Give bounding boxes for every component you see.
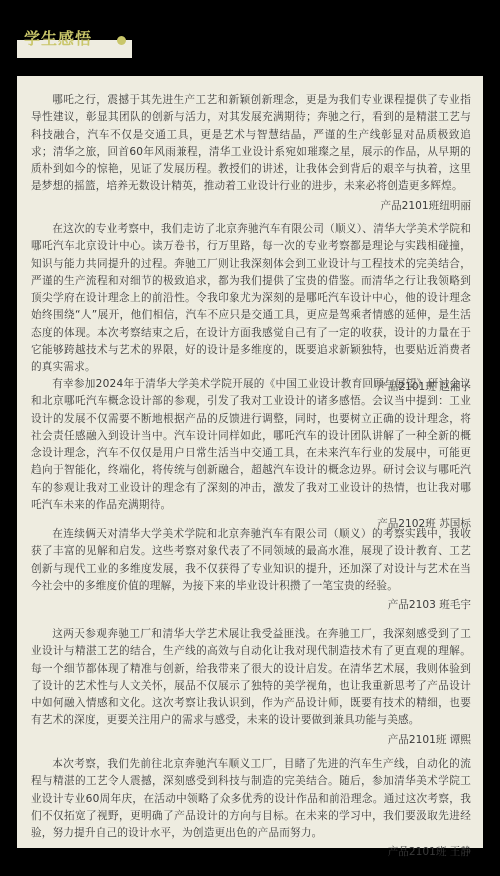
reflection-author: 产品2101班 王静 [31,844,471,860]
reflection-6: 本次考察，我们先前往北京奔驰汽车顺义工厂，目睹了先进的汽车生产线，自动化的流程与… [31,756,471,860]
reflection-5: 这两天参观奔驰工厂和清华大学艺术展让我受益匪浅。在奔驰工厂，我深刻感受到了工业设… [31,626,471,748]
reflection-text: 在这次的专业考察中，我们走访了北京奔驰汽车有限公司（顺义）、清华大学美术学院和哪… [31,221,471,377]
reflection-text: 本次考察，我们先前往北京奔驰汽车顺义工厂，目睹了先进的汽车生产线，自动化的流程与… [31,756,471,842]
dot-icon [117,36,126,45]
reflection-text: 这两天参观奔驰工厂和清华大学艺术展让我受益匪浅。在奔驰工厂，我深刻感受到了工业设… [31,626,471,730]
reflection-author: 产品2101班 谭熙 [31,732,471,748]
reflection-2: 在这次的专业考察中，我们走访了北京奔驰汽车有限公司（顺义）、清华大学美术学院和哪… [31,221,471,395]
reflections-card: 哪吒之行，震撼于其先进生产工艺和新颖创新理念，更是为我们专业课程提供了专业指导性… [17,76,483,848]
reflection-1: 哪吒之行，震撼于其先进生产工艺和新颖创新理念，更是为我们专业课程提供了专业指导性… [31,92,471,214]
reflection-author: 产品2103 班毛宇 [31,597,471,613]
reflection-text: 哪吒之行，震撼于其先进生产工艺和新颖创新理念，更是为我们专业课程提供了专业指导性… [31,92,471,196]
reflection-author: 产品2101班纽明丽 [31,198,471,214]
reflection-text: 有幸参加2024年于清华大学美术学院开展的《中国工业设计教育回顾与展望》研讨会议… [31,376,471,514]
reflection-4: 在连续俩天对清华大学美术学院和北京奔驰汽车有限公司（顺义）的考察实践中，我收获了… [31,526,471,613]
page-title: 学生感悟 [24,28,92,50]
reflection-3: 有幸参加2024年于清华大学美术学院开展的《中国工业设计教育回顾与展望》研讨会议… [31,376,471,532]
reflection-text: 在连续俩天对清华大学美术学院和北京奔驰汽车有限公司（顺义）的考察实践中，我收获了… [31,526,471,595]
